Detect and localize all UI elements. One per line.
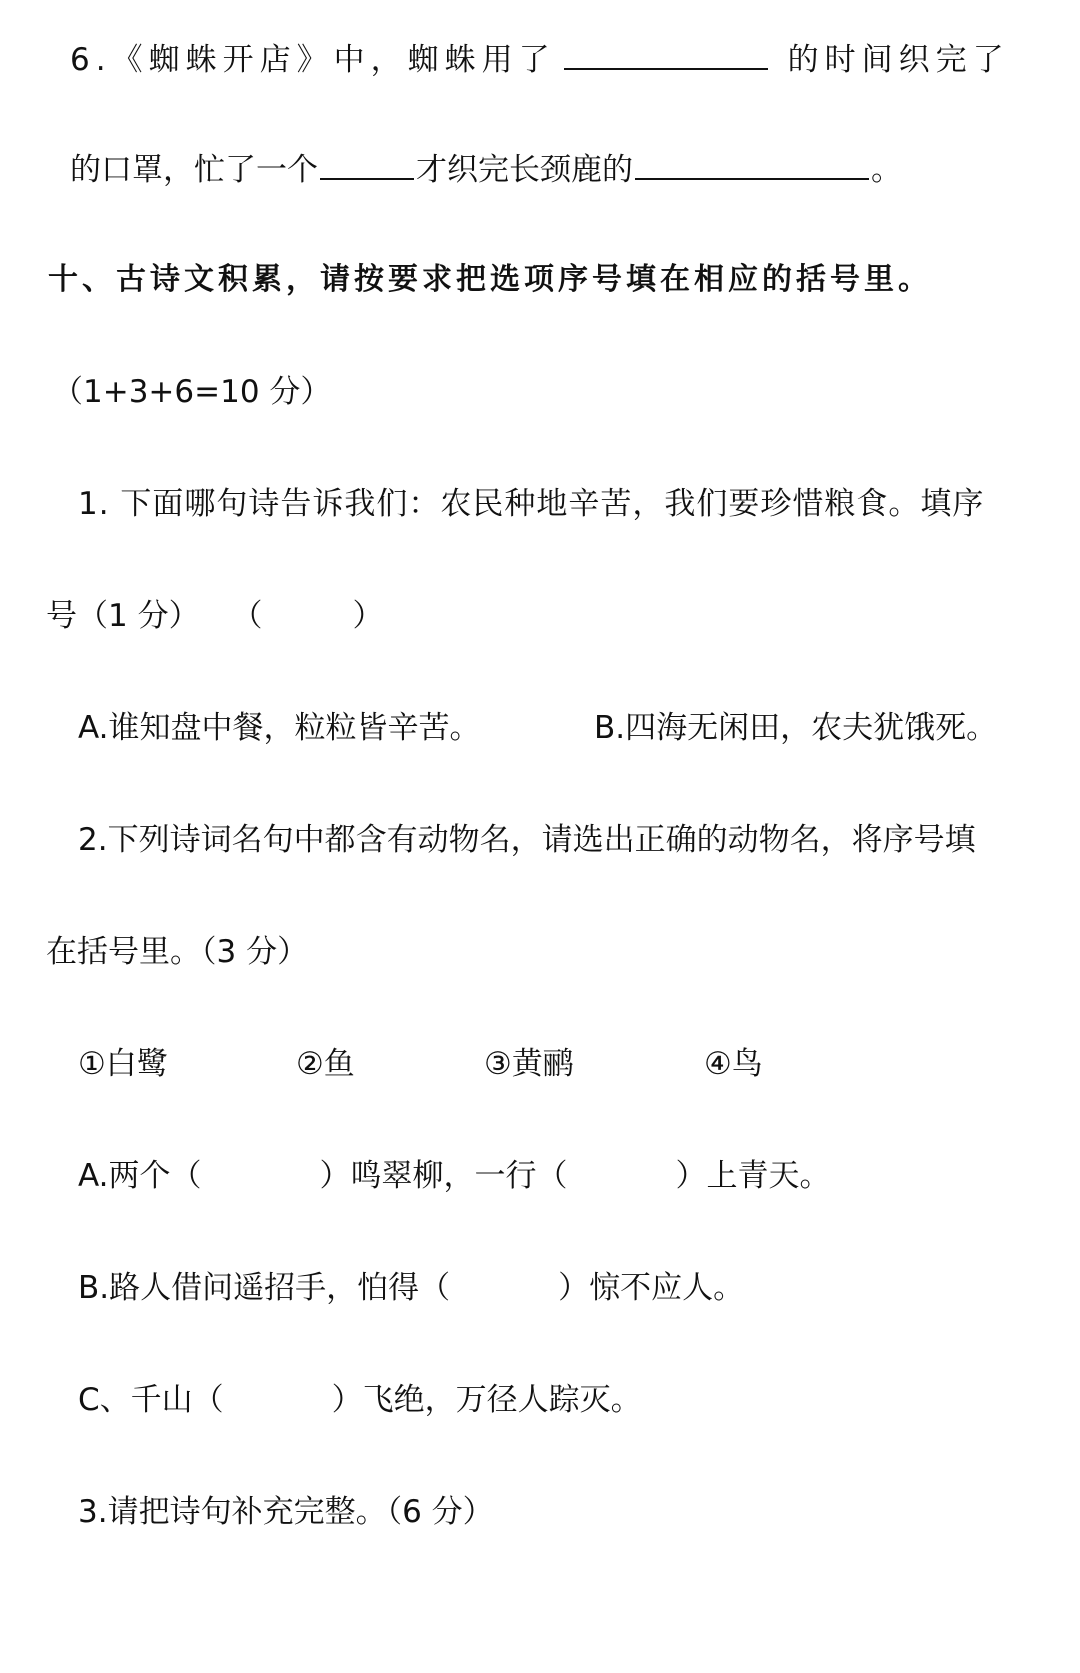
q1-answer-paren[interactable]: （） [231,598,383,634]
q6-line1: 6.《蜘蛛开店》中，蜘蛛用了的时间织完了 [70,38,1010,80]
section-10-score: （1+3+6=10 分） [52,372,331,412]
q2-choice-2: ②鱼 [296,1044,355,1084]
q6-line2-end: 。 [871,152,902,188]
q1-option-a: A.谁知盘中餐，粒粒皆辛苦。 [78,708,481,748]
q3-line1: 3.请把诗句补充完整。（6 分） [78,1492,494,1532]
q2-choice-4: ④鸟 [704,1044,763,1084]
blank-duration-input[interactable] [320,148,414,180]
q1-line1: 1. 下面哪句诗告诉我们：农民种地辛苦，我们要珍惜粮食。填序 [78,484,984,524]
q2-line1: 2.下列诗词名句中都含有动物名，请选出正确的动物名，将序号填 [78,820,976,860]
q1-option-b: B.四海无闲田，农夫犹饿死。 [594,708,997,748]
q1-score: 号（1 分） [46,598,200,634]
q1-line2: 号（1 分） （） [46,596,383,636]
q2-choice-3: ③黄鹂 [484,1044,574,1084]
blank-item-input[interactable] [635,148,869,180]
q2-item-b: B.路人借问遥招手，怕得（）惊不应人。 [78,1268,744,1308]
q6-line1-prefix: 6.《蜘蛛开店》中，蜘蛛用了 [70,42,556,78]
q6-line2: 的口罩，忙了一个才织完长颈鹿的。 [70,148,902,190]
q2-line2: 在括号里。（3 分） [46,932,308,972]
section-10-title: 十、古诗文积累，请按要求把选项序号填在相应的括号里。 [48,260,932,300]
q2-choice-1: ①白鹭 [78,1044,168,1084]
q6-line2-part1: 的口罩，忙了一个 [70,152,318,188]
blank-time-input[interactable] [564,38,768,70]
q2-item-c: C、千山（）飞绝，万径人踪灭。 [78,1380,642,1420]
q6-line2-part2: 才织完长颈鹿的 [416,152,633,188]
q2-item-a: A.两个（）鸣翠柳，一行（）上青天。 [78,1156,831,1196]
q6-line1-suffix: 的时间织完了 [788,42,1010,78]
